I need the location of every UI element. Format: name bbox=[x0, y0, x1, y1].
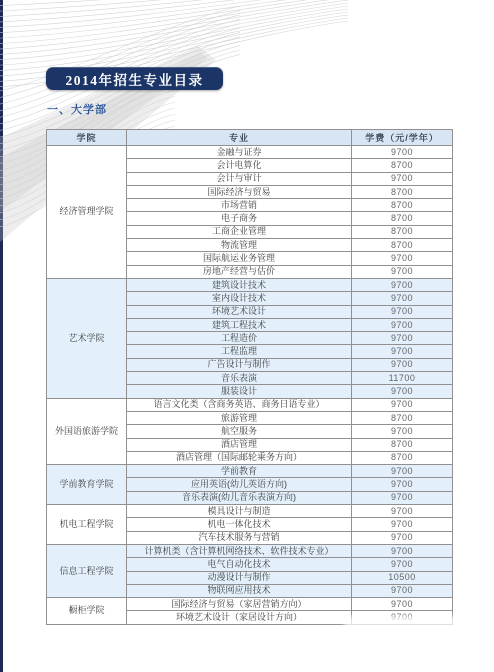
college-cell: 机电工程学院 bbox=[47, 505, 127, 545]
college-cell: 经济管理学院 bbox=[47, 146, 127, 279]
college-cell: 信息工程学院 bbox=[47, 544, 127, 597]
table-row: 艺术学院建筑设计技术9700 bbox=[47, 278, 453, 291]
major-cell: 市场营销 bbox=[127, 199, 352, 212]
table-row: 经济管理学院金融与证券9700 bbox=[47, 146, 453, 159]
fee-cell: 9700 bbox=[352, 146, 453, 159]
header-row: 学院 专业 学费（元/学年） bbox=[47, 130, 453, 146]
fee-cell: 8700 bbox=[352, 185, 453, 198]
title-banner: 2014年招生专业目录 bbox=[46, 67, 223, 90]
major-cell: 建筑设计技术 bbox=[127, 278, 352, 291]
fee-cell: 8700 bbox=[352, 239, 453, 252]
fee-cell: 8700 bbox=[352, 225, 453, 238]
major-cell: 音乐表演 bbox=[127, 372, 352, 385]
fee-cell: 8700 bbox=[352, 438, 453, 451]
fee-cell: 8700 bbox=[352, 212, 453, 225]
page-title: 2014年招生专业目录 bbox=[66, 69, 204, 89]
major-cell: 酒店管理（国际邮轮乘务方向） bbox=[127, 451, 352, 464]
major-cell: 室内设计技术 bbox=[127, 292, 352, 305]
college-column-header: 学院 bbox=[47, 130, 127, 146]
fee-cell: 9700 bbox=[352, 172, 453, 185]
major-cell: 物流管理 bbox=[127, 239, 352, 252]
fee-cell: 9700 bbox=[352, 265, 453, 278]
fee-cell: 11700 bbox=[352, 372, 453, 385]
table-row: 信息工程学院计算机类（含计算机网络技术、软件技术专业）9700 bbox=[47, 544, 453, 557]
college-cell: 学前教育学院 bbox=[47, 465, 127, 505]
major-cell: 服装设计 bbox=[127, 385, 352, 398]
fee-cell: 9700 bbox=[352, 385, 453, 398]
major-cell: 航空服务 bbox=[127, 425, 352, 438]
table-row: 外国语旅游学院语言文化类（含商务英语、商务日语专业）9700 bbox=[47, 398, 453, 411]
fee-cell: 9700 bbox=[352, 305, 453, 318]
fee-cell: 8700 bbox=[352, 451, 453, 464]
catalog-table: 学院 专业 学费（元/学年） 经济管理学院金融与证券9700会计电算化8700会… bbox=[46, 129, 453, 625]
major-cell: 机电一体化技术 bbox=[127, 518, 352, 531]
fee-cell: 8700 bbox=[352, 411, 453, 424]
fee-cell: 9700 bbox=[352, 518, 453, 531]
major-column-header: 专业 bbox=[127, 130, 352, 146]
college-cell: 艺术学院 bbox=[47, 278, 127, 398]
major-cell: 房地产经营与估价 bbox=[127, 265, 352, 278]
fee-cell: 9700 bbox=[352, 358, 453, 371]
major-cell: 金融与证券 bbox=[127, 146, 352, 159]
fee-cell: 8700 bbox=[352, 199, 453, 212]
major-cell: 国际经济与贸易（家居营销方向） bbox=[127, 598, 352, 611]
fee-cell: 9700 bbox=[352, 465, 453, 478]
fee-cell: 9700 bbox=[352, 332, 453, 345]
major-cell: 工程造价 bbox=[127, 332, 352, 345]
table-row: 学前教育学院学前教育9700 bbox=[47, 465, 453, 478]
fee-cell: 9700 bbox=[352, 278, 453, 291]
left-edge-bar bbox=[0, 0, 3, 672]
major-cell: 应用英语(幼儿英语方向) bbox=[127, 478, 352, 491]
fee-cell: 10500 bbox=[352, 571, 453, 584]
major-cell: 动漫设计与制作 bbox=[127, 571, 352, 584]
college-cell: 橱柜学院 bbox=[47, 598, 127, 625]
watermark-smudge bbox=[300, 628, 360, 642]
fee-column-header: 学费（元/学年） bbox=[352, 130, 453, 146]
fee-cell: 9700 bbox=[352, 598, 453, 611]
major-cell: 会计与审计 bbox=[127, 172, 352, 185]
fee-cell: 9700 bbox=[352, 292, 453, 305]
major-cell: 会计电算化 bbox=[127, 159, 352, 172]
fee-cell: 9700 bbox=[352, 252, 453, 265]
fee-cell: 9700 bbox=[352, 398, 453, 411]
fee-cell: 9700 bbox=[352, 425, 453, 438]
major-cell: 建筑工程技术 bbox=[127, 318, 352, 331]
major-cell: 国际经济与贸易 bbox=[127, 185, 352, 198]
fee-cell: 9700 bbox=[352, 584, 453, 597]
major-cell: 环境艺术设计 bbox=[127, 305, 352, 318]
document-page: 2014年招生专业目录 一、大学部 学院 专业 学费（元/学年） 经济管理学院金… bbox=[0, 0, 494, 672]
major-cell: 工商企业管理 bbox=[127, 225, 352, 238]
catalog-table-body: 经济管理学院金融与证券9700会计电算化8700会计与审计9700国际经济与贸易… bbox=[47, 146, 453, 625]
major-cell: 学前教育 bbox=[127, 465, 352, 478]
fee-cell: 9700 bbox=[352, 544, 453, 557]
major-cell: 酒店管理 bbox=[127, 438, 352, 451]
table-row: 机电工程学院模具设计与制造9700 bbox=[47, 505, 453, 518]
major-cell: 电气自动化技术 bbox=[127, 558, 352, 571]
major-cell: 广告设计与制作 bbox=[127, 358, 352, 371]
major-cell: 工程监理 bbox=[127, 345, 352, 358]
fee-cell: 9700 bbox=[352, 611, 453, 624]
major-cell: 计算机类（含计算机网络技术、软件技术专业） bbox=[127, 544, 352, 557]
table-row: 橱柜学院国际经济与贸易（家居营销方向）9700 bbox=[47, 598, 453, 611]
fee-cell: 9700 bbox=[352, 505, 453, 518]
fee-cell: 9700 bbox=[352, 558, 453, 571]
major-cell: 国际航运业务管理 bbox=[127, 252, 352, 265]
fee-cell: 9700 bbox=[352, 318, 453, 331]
fee-cell: 8700 bbox=[352, 159, 453, 172]
major-cell: 物联网应用技术 bbox=[127, 584, 352, 597]
major-cell: 环境艺术设计（家居设计方向） bbox=[127, 611, 352, 624]
fee-cell: 9700 bbox=[352, 478, 453, 491]
major-cell: 汽车技术服务与营销 bbox=[127, 531, 352, 544]
major-cell: 模具设计与制造 bbox=[127, 505, 352, 518]
major-cell: 旅游管理 bbox=[127, 411, 352, 424]
major-cell: 音乐表演(幼儿音乐表演方向) bbox=[127, 491, 352, 504]
major-cell: 语言文化类（含商务英语、商务日语专业） bbox=[127, 398, 352, 411]
college-cell: 外国语旅游学院 bbox=[47, 398, 127, 464]
major-cell: 电子商务 bbox=[127, 212, 352, 225]
fee-cell: 9700 bbox=[352, 531, 453, 544]
fee-cell: 9700 bbox=[352, 491, 453, 504]
section-heading: 一、大学部 bbox=[47, 101, 107, 117]
fee-cell: 9700 bbox=[352, 345, 453, 358]
